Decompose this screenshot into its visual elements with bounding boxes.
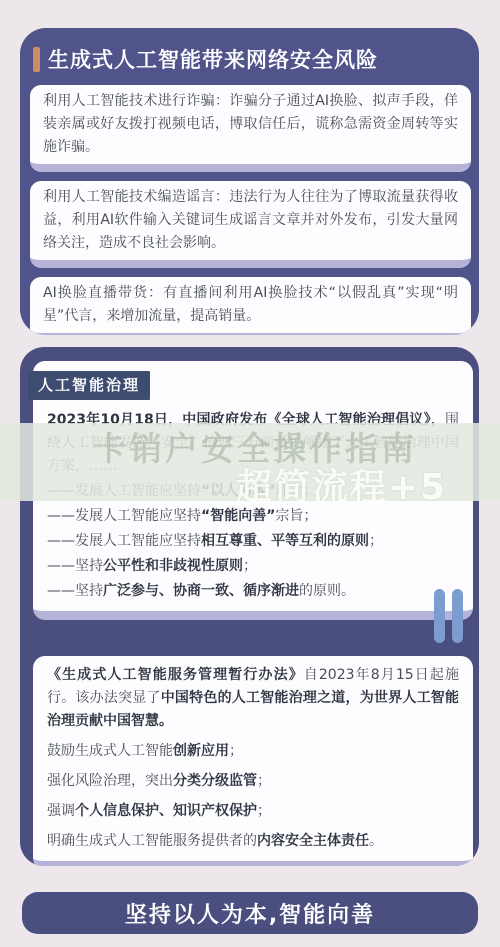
governance-section-panel: 人工智能治理 2023年10月18日，中国政府发布《全球人工智能治理倡议》，围绕… <box>20 347 479 866</box>
slogan-text: 坚持以人为本,智能向善 <box>125 898 375 929</box>
risk-section-title: 生成式人工智能带来网络安全风险 <box>48 44 378 74</box>
measure-item: 强调个人信息保护、知识产权保护； <box>47 800 459 823</box>
principle-line: ——发展人工智能应坚持“智能向善”宗旨； <box>47 504 459 528</box>
risk-section-panel: 生成式人工智能带来网络安全风险 利用人工智能技术进行诈骗：诈骗分子通过AI换脸、… <box>20 28 479 335</box>
principle-line: ——坚持公平性和非歧视性原则； <box>47 554 459 578</box>
measure-item: 鼓励生成式人工智能创新应用； <box>47 740 459 763</box>
risk-card-fraud: 利用人工智能技术进行诈骗：诈骗分子通过AI换脸、拟声手段，佯装亲属或好友拨打视频… <box>30 85 471 172</box>
connector-pill-icon <box>434 589 445 643</box>
connector-pill-icon <box>452 589 463 643</box>
governance-label-badge: 人工智能治理 <box>28 371 150 400</box>
risk-card-rumor: 利用人工智能技术编造谣言：违法行为人往往为了博取流量获得收益，利用AI软件输入关… <box>30 181 471 268</box>
measure-item: 强化风险治理，突出分类分级监管； <box>47 770 459 793</box>
risk-section-header: 生成式人工智能带来网络安全风险 <box>33 44 471 74</box>
initiative-intro-paragraph: 2023年10月18日，中国政府发布《全球人工智能治理倡议》，围绕人工智能发展、… <box>47 409 459 478</box>
accent-bar-icon <box>33 47 40 72</box>
measure-item: 明确生成式人工智能服务提供者的内容安全主体责任。 <box>47 830 459 853</box>
slogan-banner: 坚持以人为本,智能向善 <box>22 892 478 934</box>
governance-initiative-card: 人工智能治理 2023年10月18日，中国政府发布《全球人工智能治理倡议》，围绕… <box>33 361 473 620</box>
interim-measures-card: 《生成式人工智能服务管理暂行办法》自2023年8月15日起施行。该办法突显了中国… <box>33 656 473 866</box>
measures-intro-paragraph: 《生成式人工智能服务管理暂行办法》自2023年8月15日起施行。该办法突显了中国… <box>47 664 459 733</box>
risk-card-livestream: AI换脸直播带货：有直播间利用AI换脸技术“以假乱真”实现“明星”代言，来增加流… <box>30 277 471 335</box>
principle-line: ——坚持广泛参与、协商一致、循序渐进的原则。 <box>47 579 459 603</box>
principle-line: ——发展人工智能应坚持相互尊重、平等互利的原则； <box>47 529 459 553</box>
principle-line: ——发展人工智能应坚持“以人为本”理念； <box>47 479 459 503</box>
